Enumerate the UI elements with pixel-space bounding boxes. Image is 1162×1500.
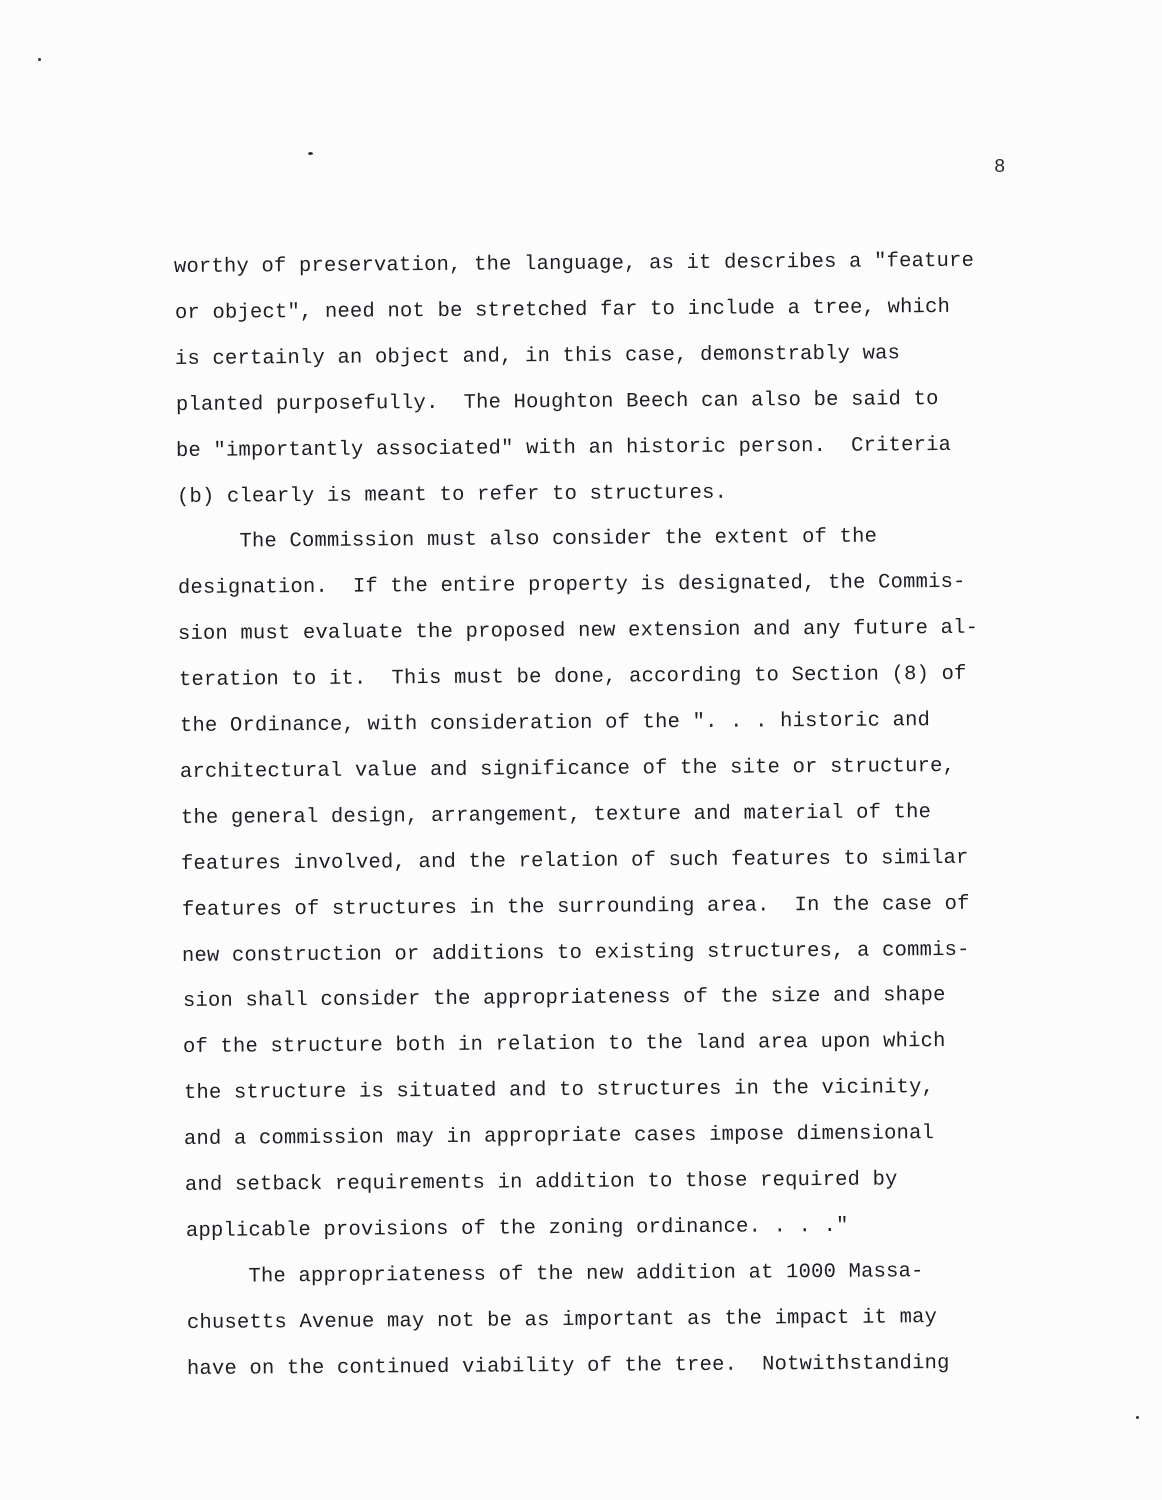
- text-line: the Ordinance, with consideration of the…: [179, 709, 929, 739]
- text-line: sion shall consider the appropriateness …: [183, 984, 946, 1014]
- text-line: teration to it. This must be done, accor…: [179, 663, 967, 693]
- document-page: 8 worthy of preservation, the language, …: [0, 0, 1162, 1500]
- text-line: features of structures in the surroundin…: [182, 892, 970, 922]
- text-line: sion must evaluate the proposed new exte…: [178, 617, 978, 647]
- text-line: (b) clearly is meant to refer to structu…: [177, 481, 727, 509]
- text-line: features involved, and the relation of s…: [181, 847, 969, 877]
- text-line: chusetts Avenue may not be as important …: [187, 1306, 937, 1336]
- scan-speck: [308, 152, 313, 155]
- text-line: designation. If the entire property is d…: [178, 571, 966, 601]
- text-line: The Commission must also consider the ex…: [177, 526, 877, 555]
- text-line: is certainly an object and, in this case…: [175, 342, 900, 372]
- text-line: have on the continued viability of the t…: [187, 1352, 950, 1382]
- text-line: and setback requirements in addition to …: [185, 1168, 898, 1198]
- scan-speck: [38, 58, 41, 61]
- text-line: of the structure both in relation to the…: [183, 1030, 946, 1060]
- page-number: 8: [994, 156, 1005, 178]
- text-line: the general design, arrangement, texture…: [180, 801, 930, 831]
- scan-speck: [1136, 1416, 1139, 1419]
- text-line: and a commission may in appropriate case…: [184, 1122, 934, 1152]
- text-line: or object", need not be stretched far to…: [174, 296, 949, 326]
- text-line: The appropriateness of the new addition …: [186, 1260, 924, 1290]
- text-line: planted purposefully. The Houghton Beech…: [176, 388, 939, 418]
- text-line: the structure is situated and to structu…: [184, 1076, 934, 1106]
- text-line: new construction or additions to existin…: [182, 938, 970, 968]
- text-line: be "importantly associated" with an hist…: [176, 434, 951, 464]
- text-line: applicable provisions of the zoning ordi…: [185, 1215, 848, 1244]
- text-line: architectural value and significance of …: [180, 755, 955, 785]
- text-line: worthy of preservation, the language, as…: [174, 250, 974, 280]
